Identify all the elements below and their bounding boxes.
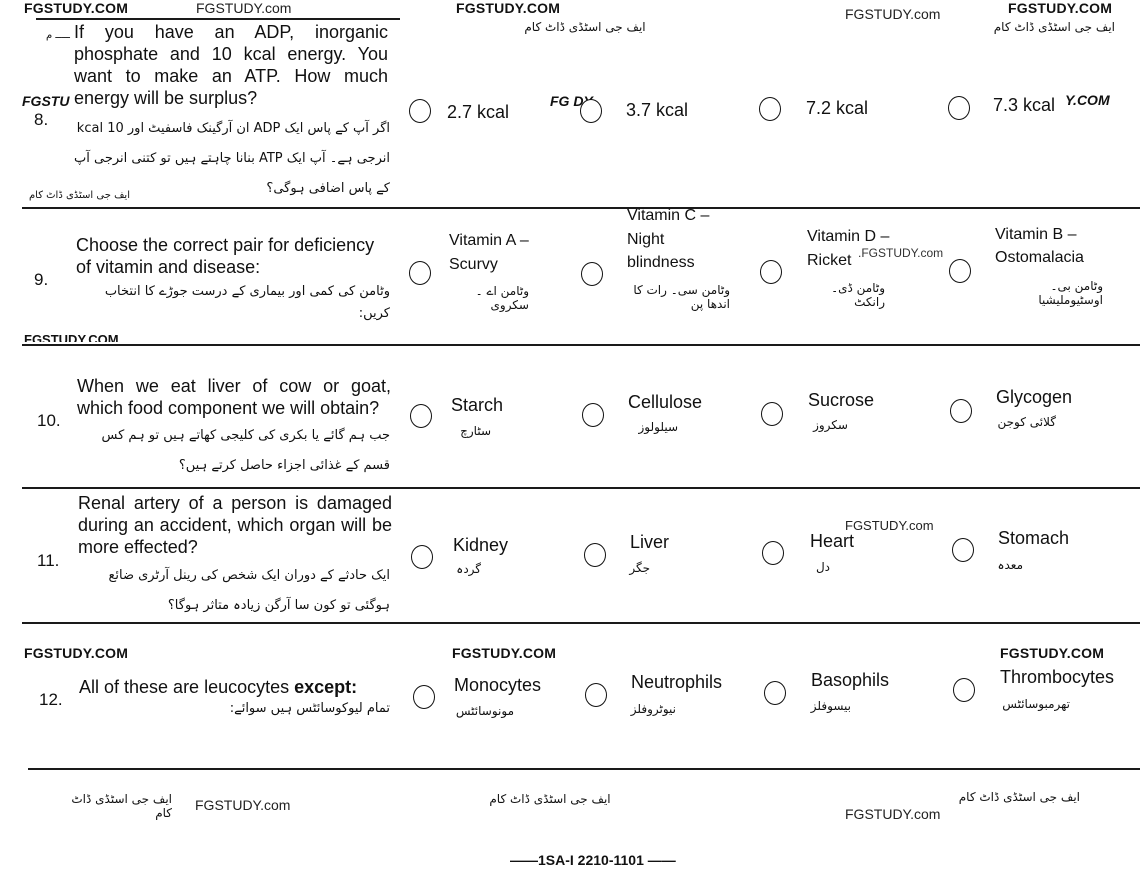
question-12-option-d-radio[interactable] (953, 678, 975, 702)
question-12-option-a-label: Monocytes (454, 674, 541, 696)
watermark-q12-center: FGSTUDY.COM (452, 645, 556, 661)
watermark-q8-side-urdu: ـــــ م (20, 30, 70, 41)
question-9-option-c-urdu: وٹامن ڈی۔ رانکٹ (805, 281, 885, 309)
divider-top (36, 18, 400, 20)
question-11-option-d-radio[interactable] (952, 538, 974, 562)
question-9-urdu: وٹامن کی کمی اور بیماری کے درست جوڑے کا … (72, 281, 390, 325)
question-10-option-c-radio[interactable] (761, 402, 783, 426)
question-9-option-a-radio[interactable] (409, 261, 431, 285)
watermark-top-center-urdu: ایف جی اسٹڈی ڈاٹ کام (505, 20, 665, 34)
question-10-option-b-urdu: سیلولوز (628, 420, 678, 434)
divider-bottom (28, 768, 1140, 770)
question-9-option-c-line2: Ricket (807, 249, 851, 272)
question-12-option-a-radio[interactable] (413, 685, 435, 709)
question-11-option-c-label: Heart (810, 530, 854, 552)
question-8-option-d-radio[interactable] (948, 96, 970, 120)
question-9-text: Choose the correct pair for deficiency o… (76, 234, 390, 278)
question-9-option-a-line2: Scurvy (449, 253, 498, 276)
question-9-option-d-line2: Ostomalacia (995, 246, 1084, 269)
question-11-option-b-radio[interactable] (584, 543, 606, 567)
watermark-bottom-right-light: FGSTUDY.com (845, 806, 940, 822)
question-10-option-c-label: Sucrose (808, 389, 874, 411)
question-12-option-b-urdu: نیوٹروفلز (631, 702, 676, 716)
watermark-q11-inline: FGSTUDY.com (845, 518, 934, 533)
question-12-urdu: تمام لیوکوسائٹس ہیں سوائے: (200, 698, 390, 720)
question-8-option-b-radio[interactable] (580, 99, 602, 123)
question-9-option-d-urdu: وٹامن بی۔ اوسٹیوملیشیا (993, 279, 1103, 307)
question-11-number: 11. (37, 551, 59, 571)
divider-q11 (22, 622, 1140, 624)
question-8-number: 8. (34, 110, 48, 130)
question-11-option-b-label: Liver (630, 531, 669, 553)
question-10-option-b-label: Cellulose (628, 391, 702, 413)
question-11-option-c-urdu: دل (810, 560, 830, 574)
question-12-option-d-label: Thrombocytes (1000, 666, 1114, 688)
question-11-option-a-label: Kidney (453, 534, 508, 556)
question-8-text: If you have an ADP, inorganic phosphate … (74, 21, 388, 109)
question-9-option-a-urdu: وٹامن اے ۔ سکروی (449, 284, 529, 312)
question-11-urdu: ایک حادثے کے دوران ایک شخص کی رینل آرٹری… (72, 561, 390, 621)
question-9-option-c-line1: Vitamin D – (807, 225, 889, 248)
question-9-number: 9. (34, 270, 48, 290)
question-11-option-d-urdu: معدہ (998, 558, 1023, 572)
question-11-option-c-radio[interactable] (762, 541, 784, 565)
question-9-option-a-line1: Vitamin A – (449, 229, 529, 252)
watermark-q9-bottom-left: FGSTUDY.COM (24, 332, 119, 342)
watermark-top-right-light: FGSTUDY.com (845, 6, 940, 22)
watermark-top-left: FGSTUDY.COM (24, 0, 128, 16)
question-9-option-c-radio[interactable] (760, 260, 782, 284)
watermark-q12-left: FGSTUDY.COM (24, 645, 128, 661)
divider-q8 (22, 207, 1140, 209)
question-8-option-a-radio[interactable] (409, 99, 431, 123)
question-9-option-b-line3: blindness (627, 251, 695, 274)
question-10-urdu: جب ہم گائے یا بکری کی کلیجی کھاتے ہیں تو… (72, 421, 390, 481)
question-10-option-c-urdu: سکروز (808, 418, 848, 432)
question-9-option-b-urdu: وٹامن سی۔ رات کا اندھا پن (620, 283, 730, 311)
watermark-q8-bottom-urdu: ایف جی اسٹڈی ڈاٹ کام (20, 190, 130, 201)
question-10-option-b-radio[interactable] (582, 403, 604, 427)
question-12-option-b-label: Neutrophils (631, 671, 722, 693)
watermark-bottom-left-urdu: ایف جی اسٹڈی ڈاٹ کام (52, 792, 172, 820)
question-8-option-d-label: 7.3 kcal (993, 94, 1055, 116)
question-9-option-b-line2: Night (627, 228, 664, 251)
question-10-text: When we eat liver of cow or goat, which … (77, 375, 391, 419)
watermark-bottom-left-light: FGSTUDY.com (195, 797, 290, 813)
question-12-text-bold: except: (294, 677, 357, 697)
question-9-option-b-line1: Vitamin C – (627, 204, 709, 227)
watermark-top-center: FGSTUDY.COM (456, 0, 560, 16)
question-12-text: All of these are leucocytes except: (79, 676, 357, 698)
watermark-q9-inline: .FGSTUDY.com (858, 246, 943, 260)
question-10-option-d-radio[interactable] (950, 399, 972, 423)
question-10-option-d-label: Glycogen (996, 386, 1072, 408)
question-12-option-b-radio[interactable] (585, 683, 607, 707)
question-10-option-a-label: Starch (451, 394, 503, 416)
watermark-top-left-light: FGSTUDY.com (196, 0, 291, 16)
question-12-option-c-urdu: بیسوفلز (811, 699, 851, 713)
question-8-option-a-label: 2.7 kcal (447, 101, 509, 123)
question-8-option-c-radio[interactable] (759, 97, 781, 121)
watermark-bottom-right-urdu: ایف جی اسٹڈی ڈاٹ کام (925, 790, 1080, 804)
question-12-option-d-urdu: تھرمبوسائٹس (1000, 697, 1070, 711)
question-11-text: Renal artery of a person is damaged duri… (78, 492, 392, 558)
question-11-option-a-urdu: گردہ (451, 562, 481, 576)
paper-code: ——1SA-I 2210-1101 —— (510, 852, 676, 868)
watermark-q8-side-right: Y.COM (1065, 92, 1110, 108)
question-12-number: 12. (39, 690, 63, 710)
question-8-option-b-label: 3.7 kcal (626, 99, 688, 121)
question-10-option-d-urdu: گلائی کوجن (996, 415, 1056, 429)
question-12-text-plain: All of these are leucocytes (79, 677, 294, 697)
question-10-option-a-urdu: سٹارچ (451, 424, 491, 438)
watermark-q8-side-left: FGSTU (22, 93, 69, 109)
question-12-option-c-label: Basophils (811, 669, 889, 691)
divider-q10 (22, 487, 1140, 489)
question-11-option-b-urdu: جگر (630, 561, 650, 575)
question-9-option-b-radio[interactable] (581, 262, 603, 286)
question-11-option-d-label: Stomach (998, 527, 1069, 549)
question-9-option-d-line1: Vitamin B – (995, 223, 1077, 246)
question-9-option-d-radio[interactable] (949, 259, 971, 283)
watermark-bottom-center-urdu: ایف جی اسٹڈی ڈاٹ کام (470, 792, 630, 806)
watermark-q12-right: FGSTUDY.COM (1000, 645, 1104, 661)
watermark-top-right-urdu: ایف جی اسٹڈی ڈاٹ کام (965, 20, 1115, 34)
question-11-option-a-radio[interactable] (411, 545, 433, 569)
divider-q9 (22, 344, 1140, 346)
question-10-option-a-radio[interactable] (410, 404, 432, 428)
watermark-top-right: FGSTUDY.COM (1008, 0, 1112, 16)
question-12-option-c-radio[interactable] (764, 681, 786, 705)
question-12-option-a-urdu: مونوسائٹس (454, 704, 514, 718)
question-8-option-c-label: 7.2 kcal (806, 97, 868, 119)
question-10-number: 10. (37, 411, 61, 431)
